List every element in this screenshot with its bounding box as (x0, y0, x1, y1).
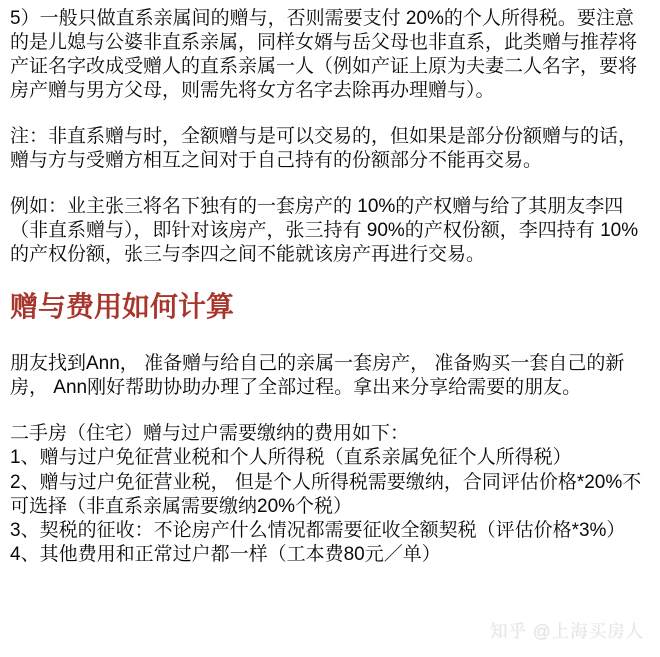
zhihu-watermark: 知乎 @上海买房人 (490, 618, 644, 643)
paragraph-example-zhangsan: 例如：业主张三将名下独有的一套房产的 10%的产权赠与给了其朋友李四（非直系赠与… (10, 195, 650, 267)
fee-list-item-1: 1、赠与过户免征营业税和个人所得税（直系亲属免征个人所得税） (10, 446, 650, 470)
fee-list-title: 二手房（住宅）赠与过户需要缴纳的费用如下： (10, 422, 650, 446)
fee-list-item-2: 2、赠与过户免征营业税， 但是个人所得税需要缴纳，合同评估价格*20%不可选择（… (10, 471, 650, 520)
paragraph-note-non-direct: 注：非直系赠与时，全额赠与是可以交易的，但如果是部分份额赠与的话，赠与方与受赠方… (10, 125, 650, 173)
section-heading-gift-fee-calculation: 赠与费用如何计算 (10, 292, 650, 322)
article-page: 5）一般只做直系亲属间的赠与，否则需要支付 20%的个人所得税。要注意的是儿媳与… (0, 0, 660, 657)
fee-list-item-4: 4、其他费用和正常过户都一样（工本费80元／单） (10, 543, 650, 567)
paragraph-intro-ann: 朋友找到Ann， 准备赠与给自己的亲属一套房产， 准备购买一套自己的新房， An… (10, 352, 650, 400)
fee-list-item-3: 3、契税的征收：不论房产什么情况都需要征收全额契税（评估价格*3%） (10, 519, 650, 543)
paragraph-direct-relatives-rule: 5）一般只做直系亲属间的赠与，否则需要支付 20%的个人所得税。要注意的是儿媳与… (10, 7, 650, 103)
fee-list: 二手房（住宅）赠与过户需要缴纳的费用如下： 1、赠与过户免征营业税和个人所得税（… (10, 422, 650, 568)
